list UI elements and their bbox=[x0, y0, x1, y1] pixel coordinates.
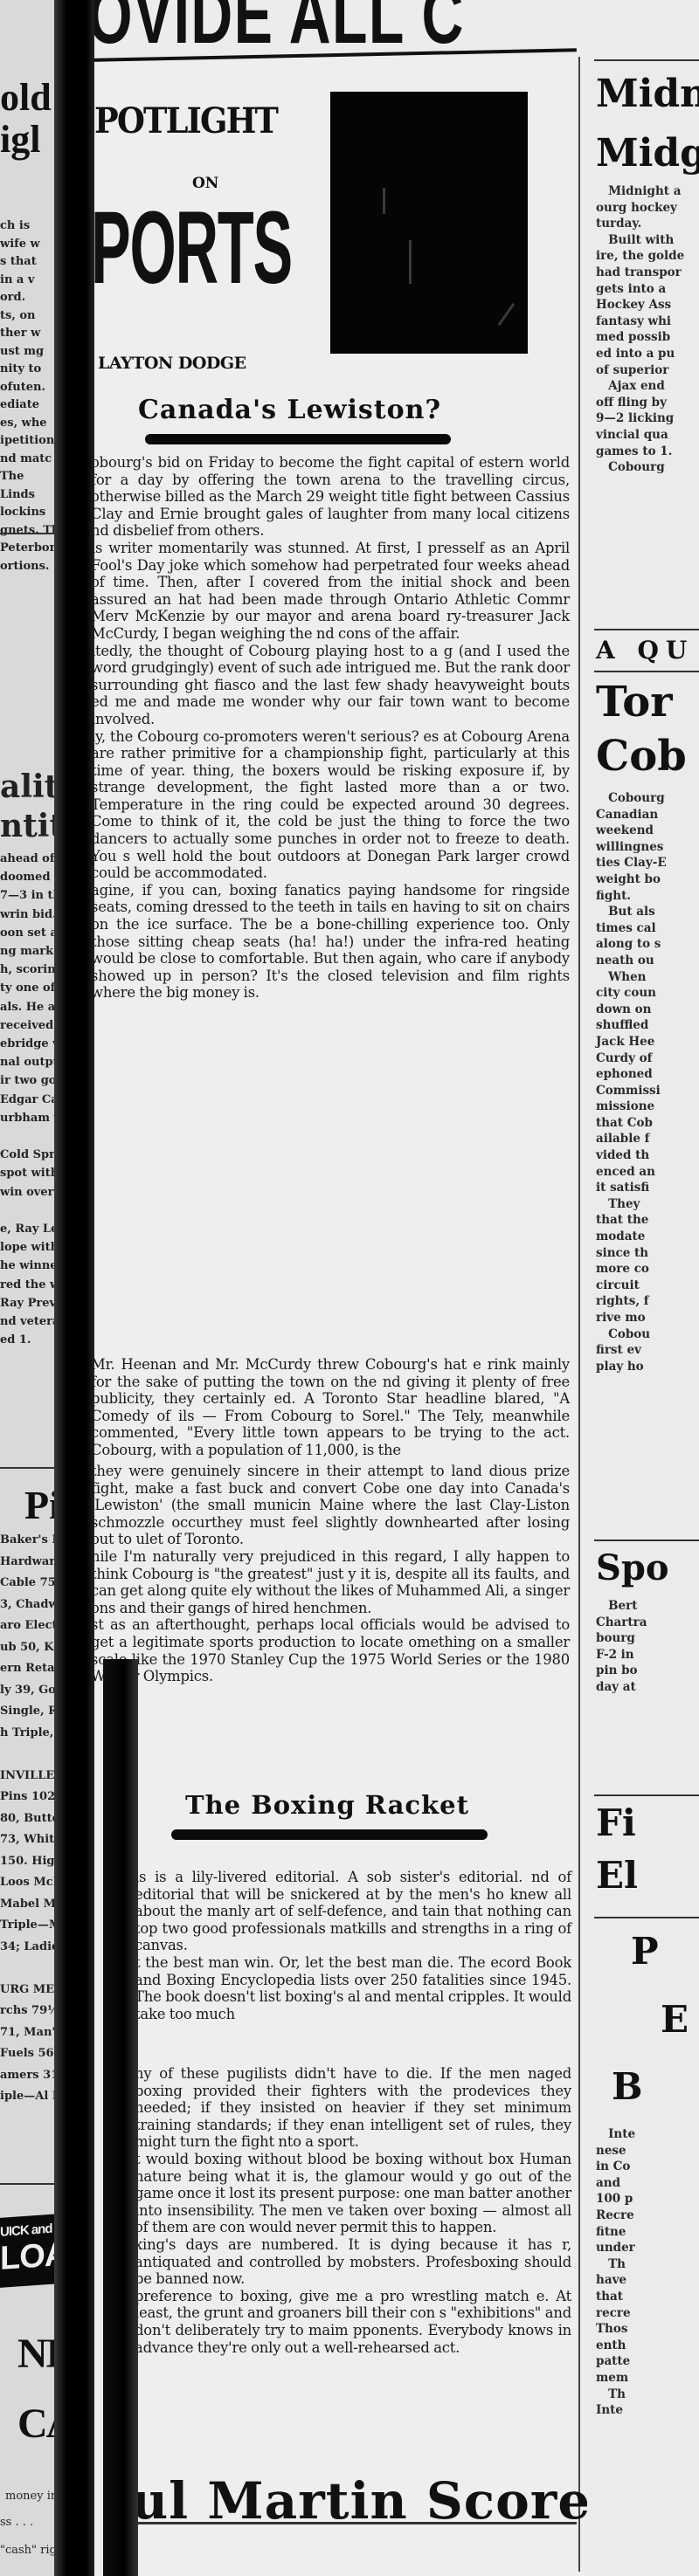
divider bbox=[594, 1917, 699, 1918]
story2-headline-line1: Tor bbox=[596, 678, 673, 727]
masthead-on: ON bbox=[192, 175, 218, 192]
paragraph: itedly, the thought of Cobourg playing h… bbox=[91, 643, 570, 728]
story3-text: Bert Chartra bourg F-2 in pin bo day at bbox=[596, 1598, 699, 1696]
paragraph: xing's days are numbered. It is dying be… bbox=[135, 2236, 571, 2288]
paragraph: they were genuinely sincere in their att… bbox=[91, 1463, 570, 1548]
column-right-rule bbox=[578, 57, 580, 2572]
title-underline-bar bbox=[145, 434, 451, 444]
article-body-lewiston-part1: obourg's bid on Friday to become the fig… bbox=[91, 454, 570, 1002]
story4-subhead-line2: E bbox=[661, 1998, 689, 2041]
story1-headline-line2: Midg bbox=[596, 131, 699, 176]
right-adjacent-column: Midn Midg Midnight a ourg hockey turday.… bbox=[587, 52, 699, 2576]
title-underline-bar bbox=[171, 1829, 488, 1840]
next-story-headline-fragment: ul Martin Scores bbox=[131, 2471, 620, 2531]
story2-headline-line2: Cob bbox=[596, 732, 687, 781]
divider bbox=[594, 671, 699, 672]
paragraph: agine, if you can, boxing fanatics payin… bbox=[91, 882, 570, 1002]
paragraph: obourg's bid on Friday to become the fig… bbox=[91, 454, 570, 540]
columnist-photo bbox=[330, 92, 528, 354]
article-title-canadas-lewiston: Canada's Lewiston? bbox=[138, 395, 441, 425]
story4-subhead-line1: P bbox=[631, 1930, 659, 1973]
paragraph: ny of these pugilists didn't have to die… bbox=[135, 2065, 571, 2151]
masthead-sports: PORTS bbox=[91, 196, 292, 300]
story4-headline-line1: Fi bbox=[596, 1801, 636, 1844]
paragraph: st as an afterthought, perhaps local off… bbox=[91, 1616, 570, 1684]
paragraph: ly, the Cobourg co-promoters weren't ser… bbox=[91, 728, 570, 882]
story2-kicker: A QU bbox=[596, 636, 694, 665]
story4-headline-line2: El bbox=[596, 1854, 638, 1897]
columnist-byline: LAYTON DODGE bbox=[98, 354, 246, 373]
article-title-boxing-racket: The Boxing Racket bbox=[185, 1790, 469, 1820]
paragraph: preference to boxing, give me a pro wres… bbox=[135, 2288, 571, 2356]
masthead-spotlight: POTLIGHT bbox=[94, 100, 277, 141]
paragraph: Mr. Heenan and Mr. McCurdy threw Cobourg… bbox=[91, 1356, 570, 1459]
story4-text: Inte nese in Co and 100 p Recre fitne un… bbox=[596, 2126, 699, 2419]
story1-headline-line1: Midn bbox=[596, 72, 699, 116]
paragraph: t the best man win. Or, let the best man… bbox=[135, 1954, 571, 2022]
story2-text: Cobourg Canadian weekend willingnes ties… bbox=[596, 790, 699, 1374]
paragraph: hile I'm naturally very prejudiced in th… bbox=[91, 1548, 570, 1616]
spotlight-on-sports-column: POTLIGHT ON PORTS LAYTON DODGE Canada's … bbox=[87, 57, 584, 2576]
divider bbox=[594, 629, 699, 630]
page-binding-shadow bbox=[54, 0, 94, 2576]
page-binding-shadow-lower bbox=[103, 1659, 138, 2576]
paragraph: t would boxing without blood be boxing w… bbox=[135, 2151, 571, 2236]
story1-text: Midnight a ourg hockey turday. Built wit… bbox=[596, 183, 699, 476]
newspaper-page: old igl ch iswife ws thatin a vord.ts, o… bbox=[0, 0, 699, 2576]
article-body-lewiston-part3: they were genuinely sincere in their att… bbox=[91, 1463, 570, 1685]
divider bbox=[594, 1539, 699, 1541]
story3-headline: Spo bbox=[596, 1547, 669, 1588]
divider bbox=[594, 59, 699, 61]
paragraph: is writer momentarily was stunned. At fi… bbox=[91, 540, 570, 643]
article-body-lewiston-part2: Mr. Heenan and Mr. McCurdy threw Cobourg… bbox=[91, 1356, 570, 1459]
paragraph: is is a lily-livered editorial. A sob si… bbox=[135, 1869, 571, 1954]
article-body-boxing-part1: is is a lily-livered editorial. A sob si… bbox=[135, 1869, 571, 2022]
article-body-boxing-part2: ny of these pugilists didn't have to die… bbox=[135, 2065, 571, 2356]
story4-subhead-line3: B bbox=[612, 2065, 643, 2108]
divider bbox=[594, 1794, 699, 1796]
